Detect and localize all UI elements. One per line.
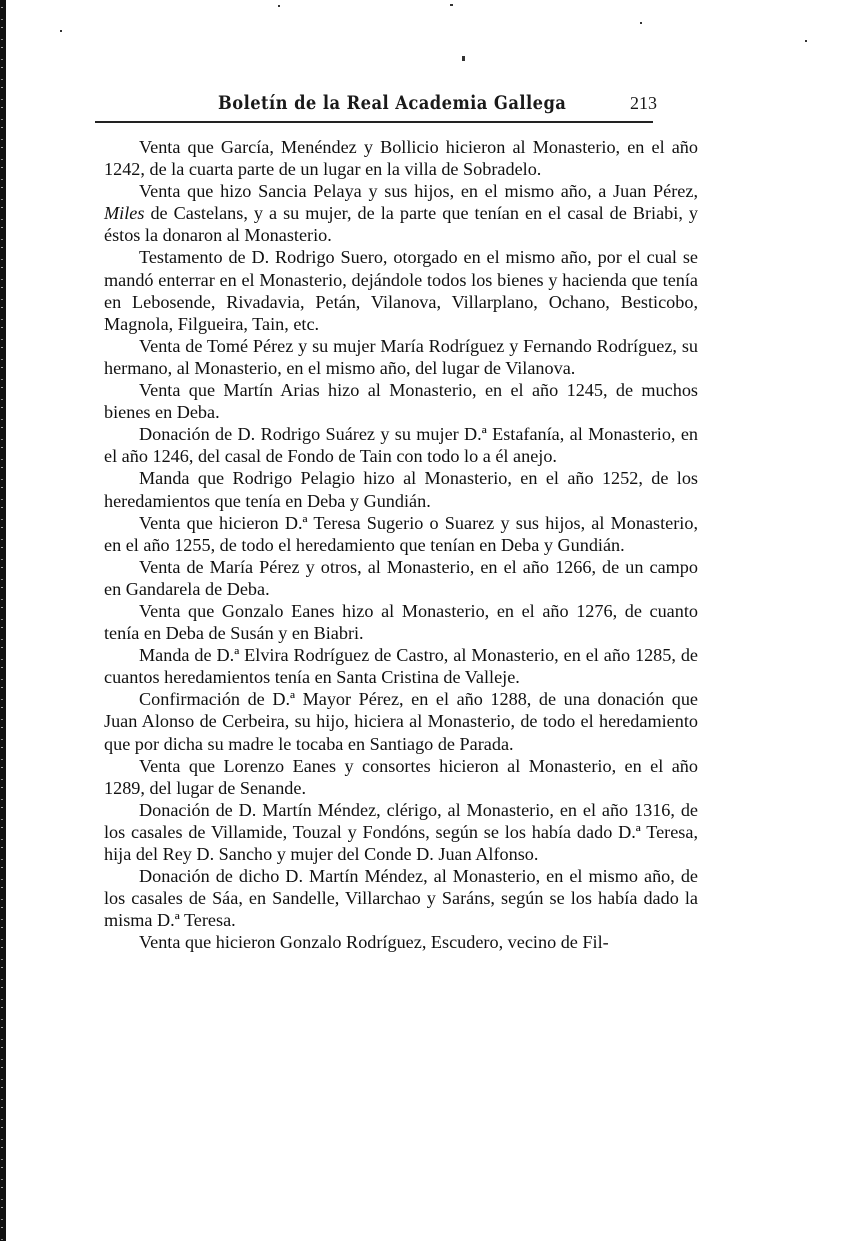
paragraph: Testamento de D. Rodrigo Suero, otorgado…: [104, 246, 698, 334]
running-title: Boletín de la Real Academia Gallega: [218, 92, 566, 114]
running-head: Boletín de la Real Academia Gallega 213: [100, 88, 720, 118]
paragraph: Venta que hizo Sancia Pelaya y sus hijos…: [104, 180, 698, 246]
paragraph: Venta que hicieron Gonzalo Rodríguez, Es…: [104, 931, 698, 953]
scan-speck: [450, 4, 453, 6]
scan-speck: [60, 30, 62, 32]
italic-term: Miles: [104, 203, 144, 223]
paragraph: Confirmación de D.ª Mayor Pérez, en el a…: [104, 688, 698, 754]
paragraph: Venta que Martín Arias hizo al Monasteri…: [104, 379, 698, 423]
body-text: Venta que García, Menéndez y Bollicio hi…: [104, 136, 698, 953]
paragraph-text: de Castelans, y a su mujer, de la parte …: [104, 203, 698, 245]
paragraph: Venta que García, Menéndez y Bollicio hi…: [104, 136, 698, 180]
paragraph: Donación de D. Rodrigo Suárez y su mujer…: [104, 423, 698, 467]
paragraph: Venta que hicieron D.ª Teresa Sugerio o …: [104, 512, 698, 556]
paragraph: Venta que Lorenzo Eanes y consortes hici…: [104, 755, 698, 799]
header-rule: [95, 121, 653, 123]
page-number: 213: [630, 93, 657, 114]
paragraph: Venta de María Pérez y otros, al Monaste…: [104, 556, 698, 600]
paragraph: Donación de dicho D. Martín Méndez, al M…: [104, 865, 698, 931]
paragraph: Venta que Gonzalo Eanes hizo al Monaster…: [104, 600, 698, 644]
scan-speck: [640, 22, 642, 24]
scan-speck: [462, 56, 465, 61]
paragraph: Venta de Tomé Pérez y su mujer María Rod…: [104, 335, 698, 379]
scan-speck: [805, 40, 807, 42]
paragraph: Manda que Rodrigo Pelagio hizo al Monast…: [104, 467, 698, 511]
scan-speck: [278, 5, 280, 7]
paragraph: Manda de D.ª Elvira Rodríguez de Castro,…: [104, 644, 698, 688]
paragraph-text: Venta que hizo Sancia Pelaya y sus hijos…: [139, 181, 698, 201]
paragraph: Donación de D. Martín Méndez, clérigo, a…: [104, 799, 698, 865]
scan-edge: [0, 0, 6, 1241]
